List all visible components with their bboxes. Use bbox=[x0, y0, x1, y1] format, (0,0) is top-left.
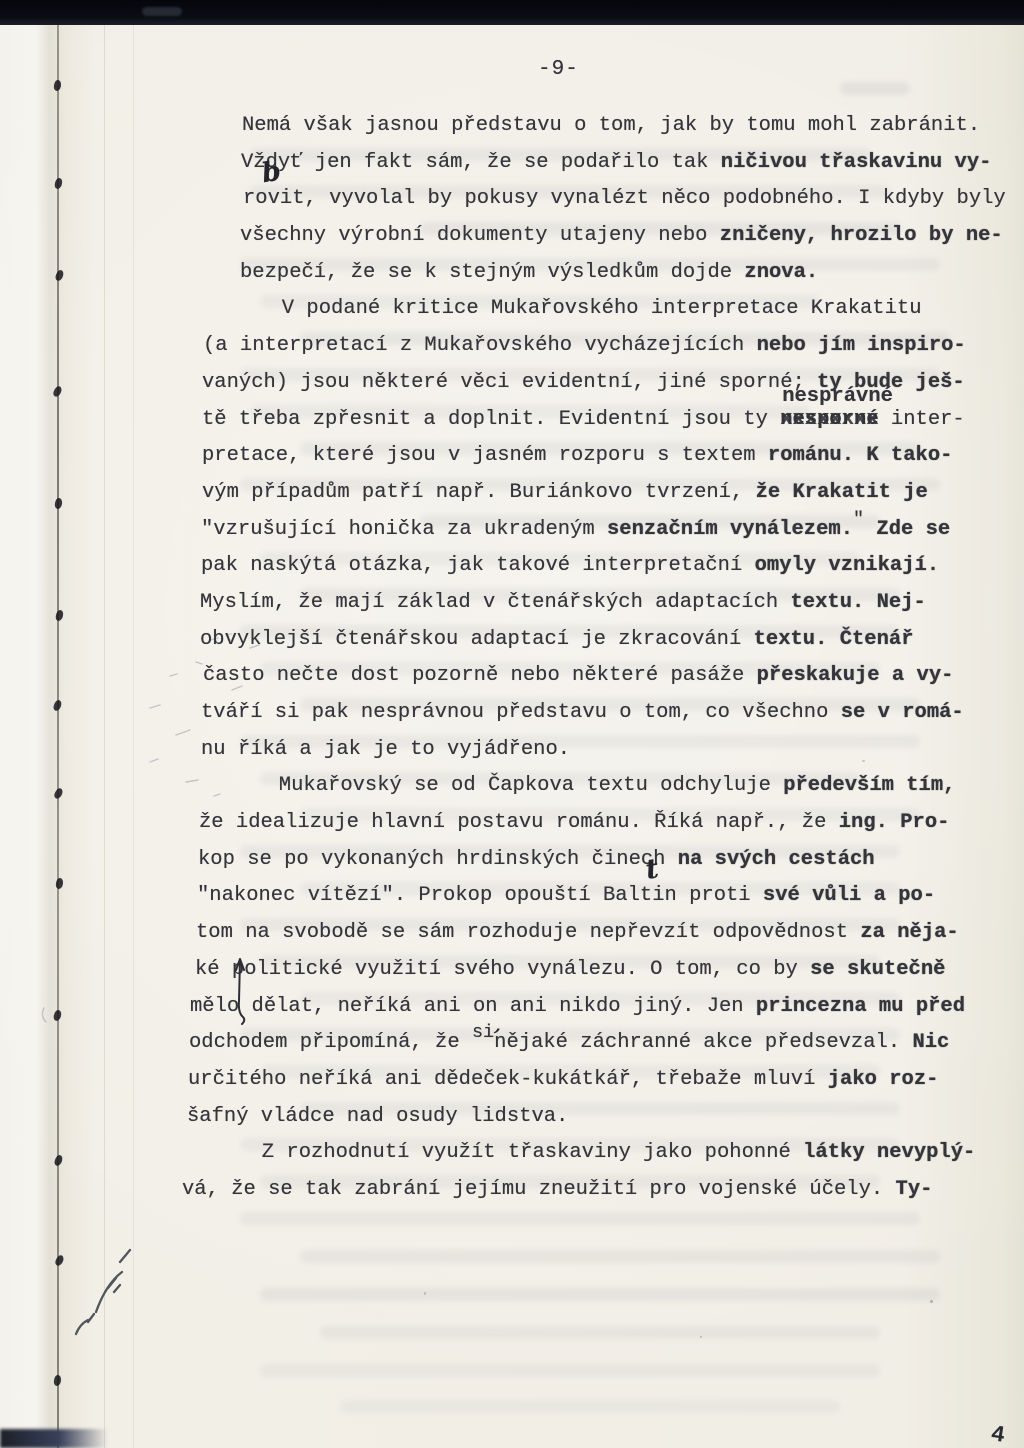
text-run: vým případům patří např. Buriánkovo tvrz… bbox=[202, 481, 756, 504]
text-run: své vůli a po- bbox=[763, 884, 935, 907]
text-run: odchodem připomíná, že bbox=[189, 1031, 472, 1054]
typed-line: robvit, vyvolal by pokusy vynalézt něco … bbox=[243, 181, 1012, 218]
text-run: nějaké záchranné akce předsevzal. bbox=[494, 1031, 912, 1054]
text-run: vit, vyvolal by pokusy vynalézt něco pod… bbox=[268, 187, 1006, 210]
text-run: V podané kritice Mukařovského interpreta… bbox=[208, 297, 922, 320]
text-run: znova. bbox=[744, 261, 818, 284]
typed-line: šafný vládce nad osudy lidstva. bbox=[187, 1099, 1012, 1136]
typed-line: mělo dělat, neříká ani on, ani nikdo jin… bbox=[190, 989, 1012, 1026]
text-run: Z rozhodnutí využít třaskaviny jako poho… bbox=[188, 1141, 803, 1164]
typed-line: ké politické využití svého vynálezu. O t… bbox=[195, 952, 1012, 989]
text-run: "vzrušující honička za ukradeným bbox=[201, 518, 607, 541]
text-run: textu. Nej- bbox=[791, 591, 926, 614]
text-run: vaných) jsou některé věci evidentní, jin… bbox=[202, 371, 817, 394]
text-run: (a interpretací z Mukařovského vycházejí… bbox=[203, 334, 757, 357]
typed-line: kop se po vykonaných hrdinských činech n… bbox=[198, 842, 1012, 879]
text-run: omyly vznikají. bbox=[755, 554, 940, 577]
text-run: tě třeba zpřesnit a doplnit. Evidentní j… bbox=[202, 408, 780, 431]
typed-line: obvyklejší čtenářskou adaptací je zkraco… bbox=[200, 622, 1012, 659]
text-run: obvyklejší čtenářskou adaptací je zkraco… bbox=[200, 628, 754, 651]
scan-bottom-edge bbox=[0, 1429, 108, 1448]
typed-line: nu říká a jak je to vyjádřeno. bbox=[201, 732, 1012, 769]
text-run: že Krakatit je bbox=[756, 481, 928, 504]
bleedthrough-line bbox=[340, 1400, 840, 1413]
typed-line: všechny výrobní dokumenty utajeny nebo z… bbox=[240, 218, 1012, 255]
overtyped-word: nespornéxxxxxxxx bbox=[780, 402, 878, 439]
typed-line: odchodem připomíná, že sinějaké záchrann… bbox=[189, 1025, 1012, 1062]
text-run: Vždyť jen fakt sám, že se podařilo tak bbox=[241, 151, 721, 174]
text-run: princezna mu před bbox=[756, 995, 965, 1018]
text-run: pretace, které jsou v jasném rozporu s t… bbox=[202, 444, 768, 467]
typed-line: určitého neříká ani dědeček-kukátkář, tř… bbox=[188, 1062, 1012, 1099]
text-run: in proti bbox=[652, 884, 763, 907]
typed-line: V podané kritice Mukařovského interpreta… bbox=[208, 291, 1012, 328]
text-run: Mukařovský se od Čapkova textu odchyluje bbox=[205, 774, 783, 797]
text-run: jako roz- bbox=[828, 1068, 939, 1091]
text-run: Nic bbox=[912, 1031, 949, 1054]
typed-line: Nemá však jasnou představu o tom, jak by… bbox=[242, 108, 1012, 145]
bleedthrough-line bbox=[840, 82, 910, 95]
text-run: si bbox=[472, 1022, 494, 1043]
typed-line: vým případům patří např. Buriánkovo tvrz… bbox=[202, 475, 1012, 512]
text-run: nu říká a jak je to vyjádřeno. bbox=[201, 738, 570, 761]
bleedthrough-line bbox=[320, 1326, 880, 1339]
typed-line: (a interpretací z Mukařovského vycházejí… bbox=[203, 328, 1012, 365]
typed-line: Vždyť jen fakt sám, že se podařilo tak n… bbox=[241, 145, 1012, 182]
typed-line: tě třeba zpřesnit a doplnit. Evidentní j… bbox=[202, 402, 1012, 439]
text-run: na svých cestách bbox=[678, 848, 875, 871]
text-run: ing. Pro- bbox=[839, 811, 950, 834]
text-run: často nečte dost pozorně nebo některé pa… bbox=[203, 664, 757, 687]
text-run: Ty- bbox=[896, 1178, 933, 1201]
paper-speck bbox=[424, 1292, 426, 1295]
text-run: všechny výrobní dokumenty utajeny nebo bbox=[240, 224, 720, 247]
text-run: se skutečně bbox=[810, 958, 945, 981]
text-run: pak naskýtá otázka, jak takové interpret… bbox=[201, 554, 755, 577]
overtype-strikeout: xxxxxxxx bbox=[780, 402, 878, 439]
text-run: bezpečí, že se k stejným výsledkům dojde bbox=[240, 261, 744, 284]
page-number: -9- bbox=[538, 58, 579, 81]
bleedthrough-line bbox=[260, 1288, 940, 1301]
text-run: kop se po vykonaných hrdinských činech bbox=[198, 848, 678, 871]
typed-line: "vzrušující honička za ukradeným senzačn… bbox=[201, 512, 1012, 549]
typed-line: vá, že se tak zabrání jejímu zneužití pr… bbox=[182, 1172, 1012, 1209]
text-run: vá, že se tak zabrání jejímu zneužití pr… bbox=[182, 1178, 896, 1201]
typed-line: pak naskýtá otázka, jak takové interpret… bbox=[201, 548, 1012, 585]
text-run: šafný vládce nad osudy lidstva. bbox=[187, 1105, 568, 1128]
bleedthrough-line bbox=[260, 1364, 880, 1377]
text-run: určitého neříká ani dědeček-kukátkář, tř… bbox=[188, 1068, 828, 1091]
typed-line: často nečte dost pozorně nebo některé pa… bbox=[203, 658, 1012, 695]
typed-line: že idealizuje hlavní postavu románu. Řík… bbox=[199, 805, 1012, 842]
text-run: tom na svobodě se sám rozhoduje nepřevzí… bbox=[196, 921, 860, 944]
paper-speck bbox=[700, 1336, 702, 1338]
typed-text-block: Nemá však jasnou představu o tom, jak by… bbox=[182, 108, 1012, 1209]
text-run: románu. K tako- bbox=[768, 444, 953, 467]
scan-edge-smudge bbox=[142, 7, 182, 16]
typed-line: bezpečí, že se k stejným výsledkům dojde… bbox=[240, 255, 1012, 292]
text-run: Zde se bbox=[864, 518, 950, 541]
text-run: nebo jím inspiro- bbox=[757, 334, 966, 357]
text-run: ké politické využití svého vynálezu. O t… bbox=[195, 958, 810, 981]
text-run: ani nikdo jiný. Jen bbox=[498, 995, 756, 1018]
text-run: především tím, bbox=[783, 774, 955, 797]
text-run: ničivou třaskavinu vy- bbox=[721, 151, 992, 174]
text-run: přeskakuje a vy- bbox=[757, 664, 954, 687]
typed-line: Z rozhodnutí využít třaskaviny jako poho… bbox=[188, 1135, 1012, 1172]
text-run: dělat, neříká ani on bbox=[239, 995, 497, 1018]
typed-line: tváří si pak nesprávnou představu o tom,… bbox=[201, 695, 1012, 732]
text-run: " bbox=[853, 509, 864, 530]
paper-speck bbox=[930, 1300, 933, 1303]
typed-line: pretace, které jsou v jasném rozporu s t… bbox=[202, 438, 1012, 475]
text-run: látky nevyplý- bbox=[803, 1141, 975, 1164]
text-run: se v romá- bbox=[841, 701, 964, 724]
bleedthrough-line bbox=[300, 1250, 940, 1263]
text-run: senzačním vynálezem. bbox=[607, 518, 853, 541]
typed-line: Myslím, že mají základ v čtenářských ada… bbox=[200, 585, 1012, 622]
bleedthrough-line bbox=[240, 1212, 920, 1225]
text-run: tváří si pak nesprávnou představu o tom,… bbox=[201, 701, 841, 724]
text-run: textu. Čtenář bbox=[754, 628, 914, 651]
text-run: Nemá však jasnou představu o tom, jak by… bbox=[242, 114, 980, 137]
scan-top-edge bbox=[0, 0, 1024, 25]
typed-line: tom na svobodě se sám rozhoduje nepřevzí… bbox=[196, 915, 1012, 952]
text-run: zničeny, hrozilo by ne- bbox=[720, 224, 1003, 247]
text-run: že idealizuje hlavní postavu románu. Řík… bbox=[199, 811, 839, 834]
binding-fold-line bbox=[57, 25, 59, 1448]
text-run: Myslím, že mají základ v čtenářských ada… bbox=[200, 591, 791, 614]
typed-line: "nakonec vítězí". Prokop opouští Balttin… bbox=[197, 878, 1012, 915]
text-run: "nakonec vítězí". Prokop opouští Balt bbox=[197, 884, 652, 907]
typed-line: Mukařovský se od Čapkova textu odchyluje… bbox=[205, 768, 1012, 805]
text-run: za něja- bbox=[860, 921, 958, 944]
